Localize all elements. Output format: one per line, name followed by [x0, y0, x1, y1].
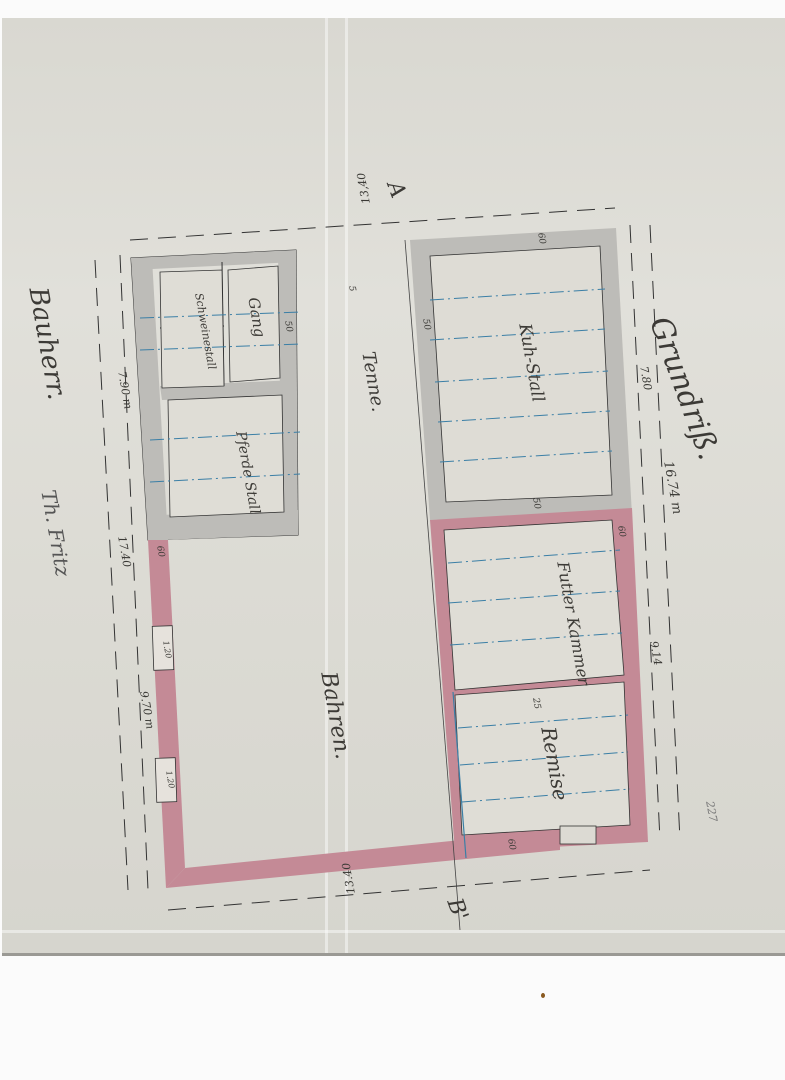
dim-wall: 60: [505, 838, 517, 851]
dim-wall: 60: [535, 232, 547, 245]
dim-wall: 25: [530, 697, 542, 710]
paper-speck: [541, 993, 545, 998]
dim-wall: 50: [420, 318, 432, 331]
dim-wall: 50: [282, 320, 294, 333]
right-wing-walls: [410, 228, 648, 852]
dim-wall: 60: [615, 525, 627, 538]
dim-wall: 60: [154, 545, 166, 558]
dim-wall: 50: [530, 497, 542, 510]
